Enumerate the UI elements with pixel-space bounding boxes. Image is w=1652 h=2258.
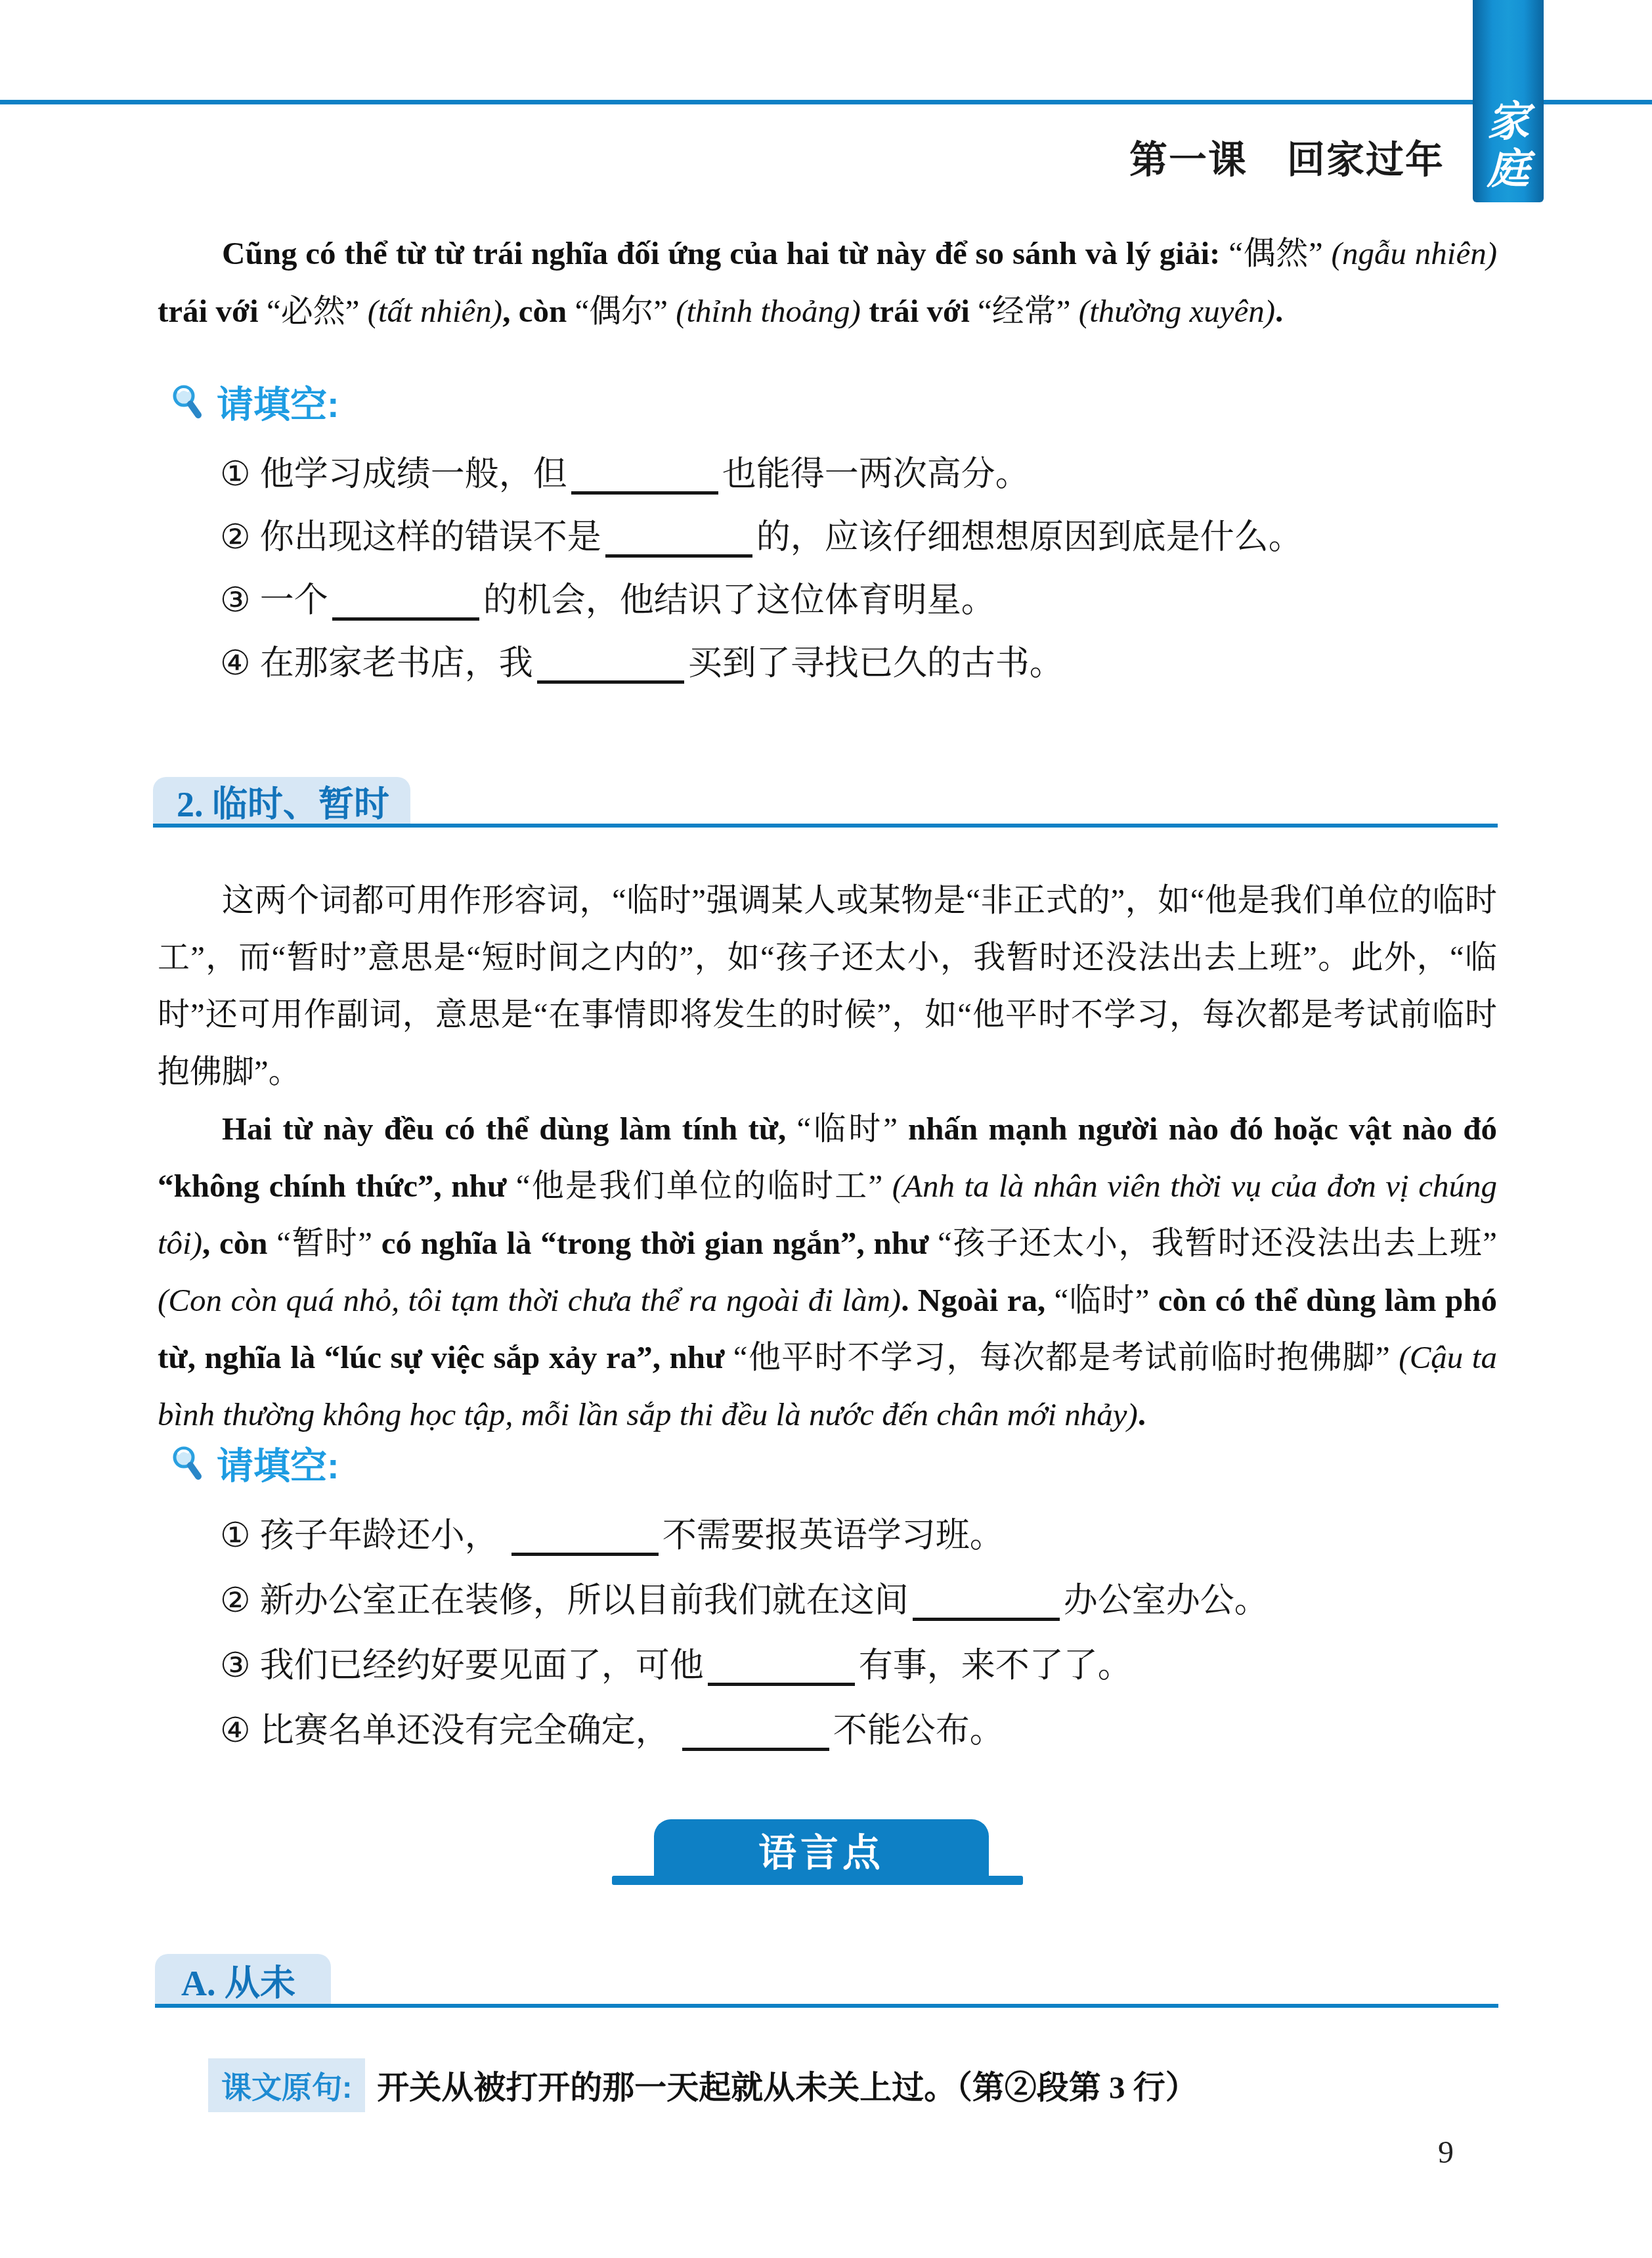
explanation-cn: 这两个词都可用作形容词，“临时”强调某人或某物是“非正式的”，如“他是我们单位的… (158, 872, 1497, 1100)
section2-title: 2. 临时、暂时 (177, 776, 389, 827)
textbook-page: 第一课 回家过年 家 庭 Cũng có thể từ từ trái nghĩ… (0, 0, 1652, 2258)
fill-blank-block-1: 请填空: ①他学习成绩一般，但也能得一两次高分。 ②你出现这样的错误不是的，应该… (158, 376, 1510, 707)
exercise-item: ①他学习成绩一般，但也能得一两次高分。 (220, 454, 1510, 495)
item-number: ③ (220, 582, 251, 619)
exercise-item: ④比赛名单还没有完全确定， 不能公布。 (220, 1711, 1510, 1752)
fill-blank-heading: 请填空: (171, 1437, 1510, 1490)
fill-blank-block-2: 请填空: ①孩子年龄还小， 不需要报英语学习班。 ②新办公室正在装修，所以目前我… (158, 1437, 1510, 1776)
item-text: 新办公室正在装修，所以目前我们就在这间办公室办公。 (260, 1582, 1269, 1620)
item-number: ① (220, 456, 251, 493)
exercise-item: ②你出现这样的错误不是的，应该仔细想想原因到底是什么。 (220, 518, 1510, 558)
header-rule (0, 100, 1652, 104)
explanation-paragraphs: 这两个词都可用作形容词，“临时”强调某人或某物是“非正式的”，如“他是我们单位的… (158, 872, 1497, 1443)
item-text: 他学习成绩一般，但也能得一两次高分。 (260, 456, 1030, 493)
source-label: 课文原句: (208, 2058, 365, 2112)
chapter-side-tab: 家 庭 (1473, 0, 1544, 202)
exercise-item: ③一个的机会，他结识了这位体育明星。 (220, 581, 1510, 621)
magnifier-icon (171, 1445, 205, 1482)
item-number: ④ (220, 1712, 251, 1750)
section2-rule (153, 824, 1498, 828)
page-number: 9 (1438, 2135, 1454, 2171)
item-number: ① (220, 1517, 251, 1555)
fill-blank-items: ①孩子年龄还小， 不需要报英语学习班。 ②新办公室正在装修，所以目前我们就在这间… (158, 1516, 1510, 1752)
item-text: 比赛名单还没有完全确定， 不能公布。 (260, 1712, 1004, 1750)
magnifier-icon (171, 384, 205, 420)
fill-blank-heading-label: 请填空: (217, 376, 339, 428)
exercise-item: ④在那家老书店，我买到了寻找已久的古书。 (220, 644, 1510, 684)
section2-header: 2. 临时、暂时 (153, 777, 410, 826)
side-tab-char: 庭 (1487, 146, 1529, 193)
fill-blank-heading: 请填空: (171, 376, 1510, 428)
item-number: ② (220, 1582, 251, 1620)
source-sentence-row: 课文原句: 开关从被打开的那一天起就从未关上过。（第②段第 3 行） (208, 2058, 1198, 2112)
item-number: ④ (220, 645, 251, 682)
item-text: 一个的机会，他结识了这位体育明星。 (260, 582, 995, 619)
fill-blank-heading-label: 请填空: (217, 1437, 339, 1490)
exercise-item: ②新办公室正在装修，所以目前我们就在这间办公室办公。 (220, 1581, 1510, 1622)
sectionA-rule (155, 2004, 1498, 2008)
sectionA-title: A. 从未 (181, 1955, 295, 2006)
intro-paragraph: Cũng có thể từ từ trái nghĩa đối ứng của… (158, 225, 1497, 340)
side-tab-char: 家 (1487, 99, 1529, 146)
item-text: 我们已经约好要见面了，可他有事，来不了了。 (260, 1647, 1132, 1685)
item-number: ② (220, 519, 251, 556)
item-text: 孩子年龄还小， 不需要报英语学习班。 (260, 1517, 1004, 1555)
source-sentence: 开关从被打开的那一天起就从未关上过。（第②段第 3 行） (377, 2062, 1198, 2108)
item-text: 在那家老书店，我买到了寻找已久的古书。 (260, 645, 1064, 682)
language-points-banner: 语言点 (654, 1819, 989, 1880)
item-text: 你出现这样的错误不是的，应该仔细想想原因到底是什么。 (260, 519, 1303, 556)
lesson-title: 第一课 回家过年 (0, 129, 1445, 184)
exercise-item: ③我们已经约好要见面了，可他有事，来不了了。 (220, 1646, 1510, 1687)
item-number: ③ (220, 1647, 251, 1685)
explanation-vi: Hai từ này đều có thể dùng làm tính từ, … (158, 1100, 1497, 1443)
sectionA-header: A. 从未 (155, 1954, 331, 2006)
exercise-item: ①孩子年龄还小， 不需要报英语学习班。 (220, 1516, 1510, 1557)
language-points-banner-label: 语言点 (758, 1822, 884, 1877)
fill-blank-items: ①他学习成绩一般，但也能得一两次高分。 ②你出现这样的错误不是的，应该仔细想想原… (158, 454, 1510, 684)
